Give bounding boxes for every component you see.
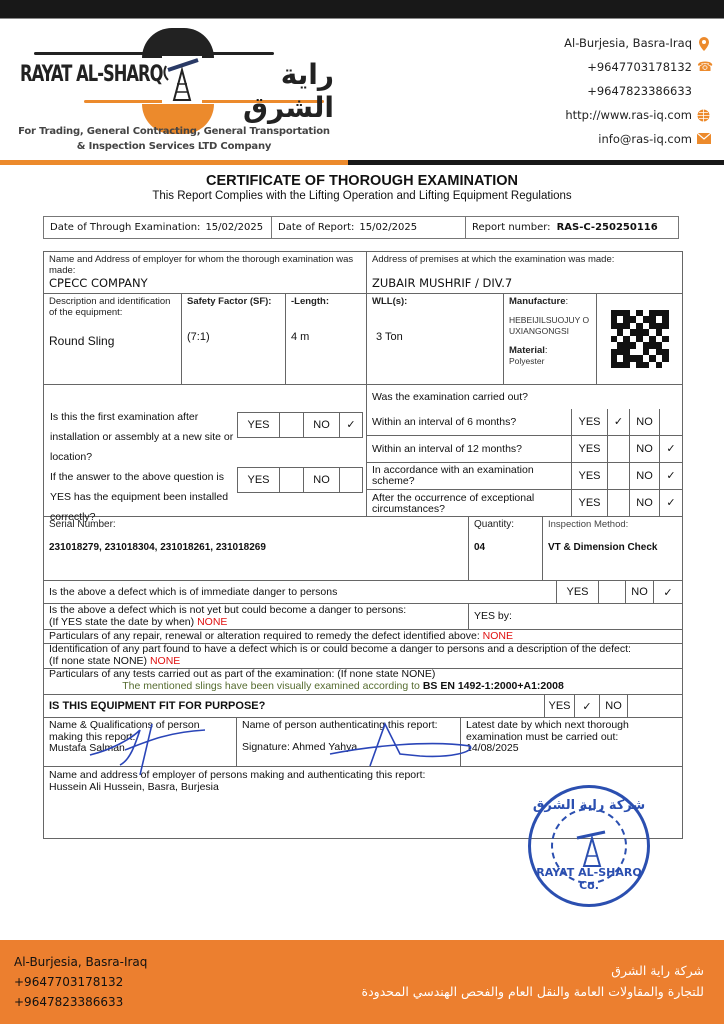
yes-label: YES [572,409,608,436]
yes-label: YES [557,581,599,603]
length-cell: -Length: 4 m [286,294,367,384]
quantity-cell: Quantity: 04 [469,517,543,580]
footer-phone-1[interactable]: +9647703178132 [14,972,147,992]
tagline-line-2: & Inspection Services LTD Company [14,139,334,154]
auth-signature: Signature: Ahmed Yahya [242,742,455,753]
carried-out-yes-no: YESNO✓ [571,436,682,463]
employer-label: Name and Address of employer for whom th… [49,254,361,276]
material-value: Polyester [509,356,591,367]
no-label: NO [630,463,660,490]
carried-out-question: After the occurrence of exceptional circ… [367,493,537,515]
location-pin-icon [697,37,710,50]
maker-label: Name & Qualifications of person making t… [49,720,231,743]
future-danger-value: NONE [197,616,227,628]
maker-name: Mustafa Salman [49,743,231,755]
immediate-danger-row: Is the above a defect which is of immedi… [44,581,682,604]
repair-value: NONE [483,630,513,642]
carried-out-yes-no: YESNO✓ [571,490,682,517]
method-value: VT & Dimension Check [548,542,677,553]
carried-out-label: Was the examination carried out? [367,392,528,403]
next-exam-cell: Latest date by which next thorough exami… [461,718,682,766]
fit-for-purpose-row: IS THIS EQUIPMENT FIT FOR PURPOSE? YES ✓… [44,695,682,718]
no-checkbox[interactable] [628,695,682,717]
footer-arabic-company: شركة راية الشرق [362,960,704,981]
report-number-value: RAS-C-250250116 [557,222,658,233]
yes-checkbox[interactable] [608,490,630,517]
website-link[interactable]: http://www.ras-iq.com [565,108,692,122]
telephone-icon: ☎ [697,61,710,74]
carried-out-item: In accordance with an examination scheme… [367,463,682,490]
authenticator-cell: Name of person authenticating this repor… [237,718,461,766]
no-label: NO [630,409,660,436]
yes-label: YES [572,490,608,517]
carried-out-yes-no: YESNO✓ [571,463,682,490]
carried-out-question: Within an interval of 6 months? [367,417,537,428]
wll-value: 3 Ton [372,332,498,343]
carried-out-item: Within an interval of 6 months?YES✓NO [367,409,682,436]
date-bar: Date of Through Examination: 15/02/2025 … [43,216,679,239]
report-date-value: 15/02/2025 [359,222,417,233]
safety-factor-value: (7:1) [187,332,280,343]
document-subtitle: This Report Complies with the Lifting Op… [0,190,724,202]
employer-value: CPECC COMPANY [49,278,361,289]
tests-row: Particulars of any tests carried out as … [44,669,682,695]
report-date-field: Date of Report: 15/02/2025 [272,217,466,238]
manufacture-cell: Manufacture: HEBEIJILSUOJUY OUXIANGONGSI… [504,294,597,384]
safety-factor-cell: Safety Factor (SF): (7:1) [182,294,286,384]
next-exam-label: Latest date by which next thorough exami… [466,720,677,743]
wll-label: WLL(s): [372,296,498,307]
phone-1-text[interactable]: +9647703178132 [587,60,692,74]
premises-label: Address of premises at which the examina… [372,254,677,265]
yes-checkbox[interactable] [280,468,304,492]
manufacture-label: Manufacture [509,296,565,307]
wll-cell: WLL(s): 3 Ton [367,294,504,384]
oil-pump-icon [162,56,202,104]
next-exam-date: 14/08/2025 [466,743,677,755]
first-exam-question: Is this the first examination after inst… [50,407,240,467]
material-label: Material [509,345,545,356]
no-label: NO [304,468,340,492]
no-checkbox[interactable]: ✓ [660,490,682,517]
examination-questions-row: Is this the first examination after inst… [44,385,682,517]
premises-cell: Address of premises at which the examina… [367,252,682,293]
footer-phone-2[interactable]: +9647823386633 [14,992,147,1012]
premises-value: ZUBAIR MUSHRIF / DIV.7 [372,278,677,289]
future-danger-row: Is the above a defect which is not yet b… [44,604,682,630]
document-title: CERTIFICATE OF THOROUGH EXAMINATION [0,173,724,189]
first-exam-cell: Is this the first examination after inst… [44,385,367,516]
contact-block: Al-Burjesia, Basra-Iraq +9647703178132 ☎… [564,31,710,151]
exam-date-field: Date of Through Examination: 15/02/2025 [44,217,272,238]
immediate-danger-question: Is the above a defect which is of immedi… [44,581,557,603]
no-checkbox[interactable]: ✓ [340,413,362,437]
yes-label: YES [545,695,575,717]
quantity-value: 04 [474,542,537,553]
no-label: NO [630,436,660,463]
length-value: 4 m [291,332,361,343]
footer-contacts: Al-Burjesia, Basra-Iraq +9647703178132 +… [14,952,147,1012]
manufacture-value: HEBEIJILSUOJUY OUXIANGONGSI [509,315,591,337]
identification-value: NONE [150,655,180,667]
carried-out-cell: Was the examination carried out? Within … [367,385,682,516]
yes-label: YES [572,436,608,463]
identification-row: Identification of any part found to have… [44,644,682,669]
future-danger-cell: Is the above a defect which is not yet b… [44,604,469,629]
installed-correctly-yes-no: YES NO [237,467,363,493]
logo-text-en: RAYAT AL-SHARQ [20,62,163,87]
equipment-row: Description and identification of the eq… [44,294,682,385]
globe-icon [697,109,710,122]
no-checkbox[interactable] [340,468,362,492]
no-checkbox[interactable]: ✓ [660,463,682,490]
carried-out-yes-no: YES✓NO [571,409,682,436]
yes-checkbox[interactable]: ✓ [575,695,600,717]
carried-out-item: After the occurrence of exceptional circ… [367,490,682,517]
identification-hint: (If none state NONE) [49,655,147,667]
yes-checkbox[interactable]: ✓ [608,409,630,436]
no-checkbox[interactable] [660,409,682,436]
qr-cell [597,294,682,384]
description-cell: Description and identification of the eq… [44,294,182,384]
tagline: For Trading, General Contracting, Genera… [14,124,334,154]
logo-text-ar: راية الشرق [210,58,334,124]
fit-yes-no: YES ✓ NO [545,695,682,717]
contact-address: Al-Burjesia, Basra-Iraq [564,31,710,55]
contact-phone-2[interactable]: +9647823386633 [564,79,710,103]
exam-date-label: Date of Through Examination: [50,222,200,233]
footer-address: Al-Burjesia, Basra-Iraq [14,952,147,972]
tests-standard: BS EN 1492-1:2000+A1:2008 [423,680,564,692]
tests-value: The mentioned slings have been visually … [122,680,420,692]
address-text: Al-Burjesia, Basra-Iraq [564,36,692,50]
employer-cell: Name and Address of employer for whom th… [44,252,367,293]
safety-factor-label: Safety Factor (SF): [187,296,280,307]
no-checkbox[interactable]: ✓ [660,436,682,463]
company-stamp: شركة راية الشرق RAYAT AL-SHARQ Co. [528,785,650,907]
signatures-row: Name & Qualifications of person making t… [44,718,682,767]
repair-cell: Particulars of any repair, renewal or al… [44,630,682,643]
future-danger-hint: (If YES state the date by when) [49,616,194,628]
examination-form: Name and Address of employer for whom th… [43,251,683,839]
email-link[interactable]: info@ras-iq.com [598,132,692,146]
fit-question: IS THIS EQUIPMENT FIT FOR PURPOSE? [44,695,545,717]
logo-line-top [34,52,274,55]
yes-label: YES [238,413,280,437]
maker-cell: Name & Qualifications of person making t… [44,718,237,766]
yes-by-label: YES by: [469,604,682,629]
tests-cell: Particulars of any tests carried out as … [44,669,682,694]
yes-label: YES [238,468,280,492]
yes-checkbox[interactable] [599,581,626,603]
envelope-icon [697,133,710,146]
stamp-oil-pump-icon [575,828,609,868]
footer-arabic-description: للتجارة والمقاولات العامة والنقل العام و… [362,981,704,1002]
repair-row: Particulars of any repair, renewal or al… [44,630,682,644]
report-date-label: Date of Report: [278,222,354,233]
top-bar [0,0,724,19]
yes-checkbox[interactable] [608,436,630,463]
method-label: Inspection Method: [548,519,677,530]
yes-checkbox[interactable] [280,413,304,437]
footer-arabic: شركة راية الشرق للتجارة والمقاولات العام… [362,960,704,1002]
serial-value: 231018279, 231018304, 231018261, 2310182… [49,542,463,553]
auth-label: Name of person authenticating this repor… [242,720,455,731]
phone-2-text[interactable]: +9647823386633 [587,84,692,98]
qr-code-icon[interactable] [611,310,669,368]
contact-phone-1[interactable]: +9647703178132 ☎ [564,55,710,79]
carried-out-question: In accordance with an examination scheme… [367,465,537,487]
stamp-english-text: RAYAT AL-SHARQ Co. [531,866,647,892]
report-number-label: Report number: [472,222,551,233]
header-divider [0,160,724,165]
no-label: NO [630,490,660,517]
installed-correctly-question: If the answer to the above question is Y… [50,467,240,527]
first-exam-yes-no: YES NO ✓ [237,412,363,438]
no-label: NO [304,413,340,437]
description-label: Description and identification of the eq… [49,296,176,318]
company-logo: RAYAT AL-SHARQ راية الشرق For Trading, G… [14,24,334,154]
carried-out-header: Was the examination carried out? [367,385,682,409]
contact-email[interactable]: info@ras-iq.com [564,127,710,151]
quantity-label: Quantity: [474,519,537,530]
description-value: Round Sling [49,336,176,347]
repair-question: Particulars of any repair, renewal or al… [49,630,480,642]
employer-row: Name and Address of employer for whom th… [44,252,682,294]
carried-out-item: Within an interval of 12 months?YESNO✓ [367,436,682,463]
no-label: NO [626,581,654,603]
no-checkbox[interactable]: ✓ [654,581,682,603]
yes-label: YES [572,463,608,490]
no-label: NO [600,695,628,717]
contact-website[interactable]: http://www.ras-iq.com [564,103,710,127]
immediate-danger-yes-no: YES NO ✓ [557,581,682,603]
reporting-employer-label: Name and address of employer of persons … [49,769,677,781]
method-cell: Inspection Method: VT & Dimension Check [543,517,682,580]
length-label: -Length: [291,296,361,307]
tagline-line-1: For Trading, General Contracting, Genera… [14,124,334,139]
carried-out-question: Within an interval of 12 months? [367,444,537,455]
exam-date-value: 15/02/2025 [205,222,263,233]
identification-cell: Identification of any part found to have… [44,644,682,668]
yes-checkbox[interactable] [608,463,630,490]
report-number-field: Report number: RAS-C-250250116 [466,217,678,238]
footer: Al-Burjesia, Basra-Iraq +9647703178132 +… [0,940,724,1024]
